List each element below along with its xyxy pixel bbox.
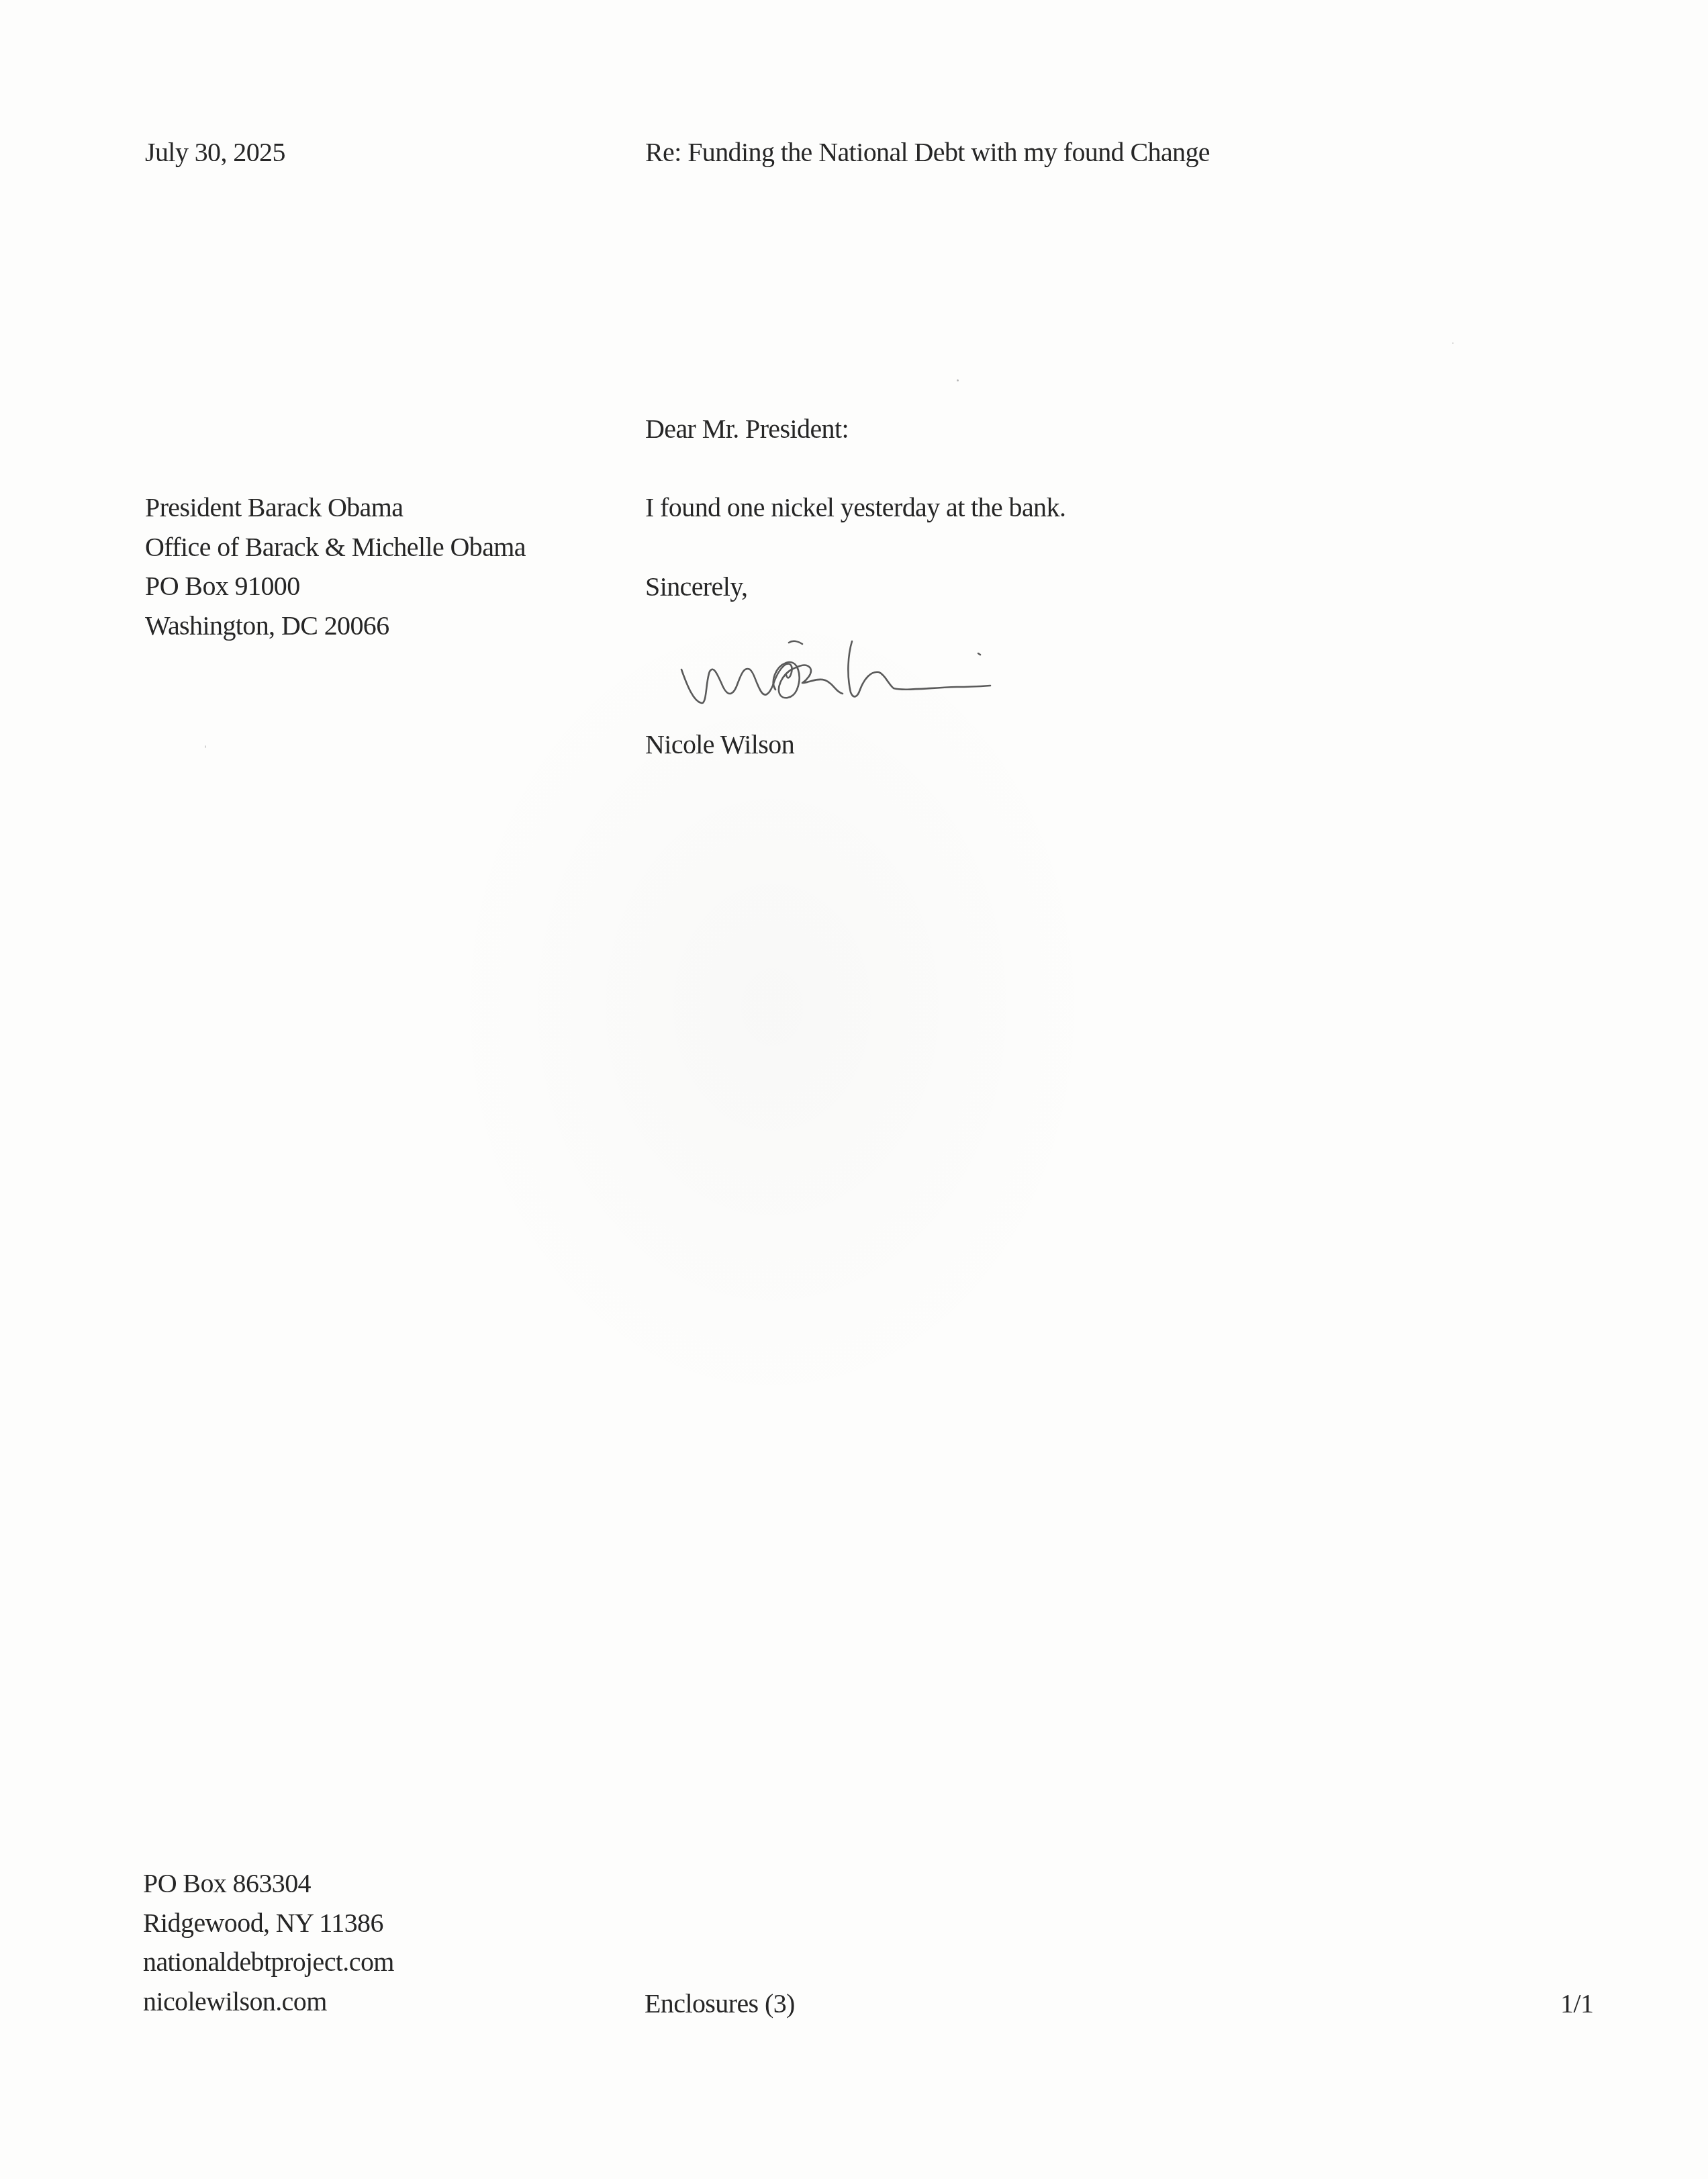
signer-name: Nicole Wilson	[645, 725, 794, 765]
letter-page: July 30, 2025 Re: Funding the National D…	[0, 0, 1708, 2179]
sender-city: Ridgewood, NY 11386	[143, 1904, 394, 1943]
closing: Sincerely,	[645, 567, 747, 607]
recipient-po-box: PO Box 91000	[145, 567, 526, 606]
handwritten-signature-icon	[675, 628, 1004, 712]
scan-speck	[1452, 342, 1454, 344]
scan-speck	[205, 745, 206, 748]
sender-website-personal: nicolewilson.com	[143, 1982, 394, 2022]
salutation: Dear Mr. President:	[645, 410, 849, 449]
letter-date: July 30, 2025	[145, 133, 285, 173]
letter-body: I found one nickel yesterday at the bank…	[645, 488, 1065, 528]
page-number: 1/1	[1560, 1984, 1593, 2024]
scan-speck	[957, 379, 959, 381]
sender-address: PO Box 863304 Ridgewood, NY 11386 nation…	[143, 1864, 394, 2021]
sender-website-project: nationaldebtproject.com	[143, 1943, 394, 1982]
recipient-office: Office of Barack & Michelle Obama	[145, 528, 526, 567]
subject-line: Re: Funding the National Debt with my fo…	[645, 133, 1210, 173]
sender-po-box: PO Box 863304	[143, 1864, 394, 1904]
recipient-name: President Barack Obama	[145, 488, 526, 528]
enclosures-note: Enclosures (3)	[645, 1984, 795, 2024]
recipient-address: President Barack Obama Office of Barack …	[145, 488, 526, 645]
recipient-city: Washington, DC 20066	[145, 606, 526, 646]
